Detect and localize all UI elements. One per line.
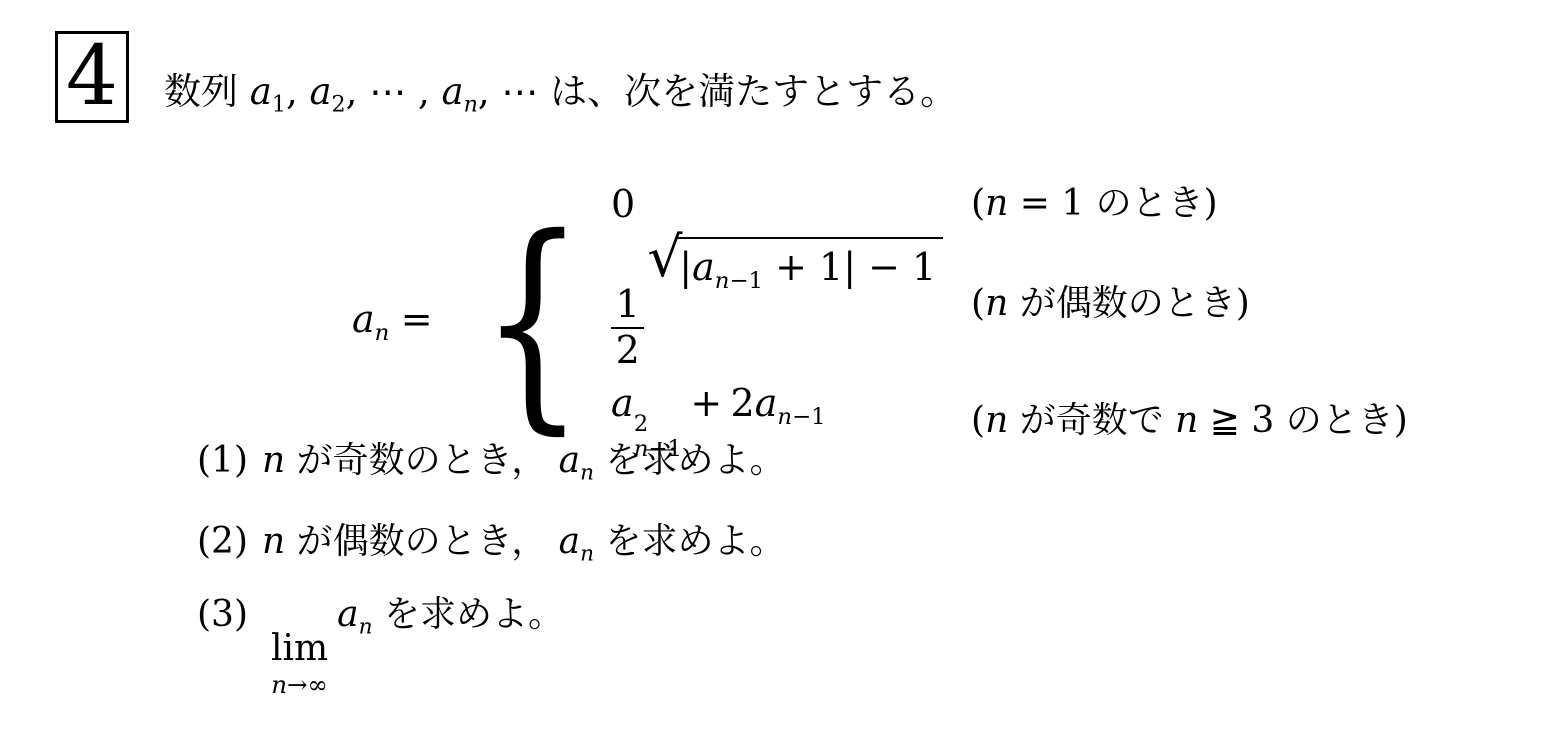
cases-grid: 0 (n = 1 のとき) 1 2 √|an−1 + 1| − 1 (n が偶数…: [611, 180, 1408, 463]
question-2-mid-text: が偶数のとき，: [285, 521, 558, 562]
radical-sign: √: [647, 230, 682, 285]
seq-cdots: ⋯: [369, 70, 418, 113]
question-1-label: (1): [197, 440, 248, 481]
term2-base: a: [755, 381, 778, 425]
cond-3-var2: n: [1175, 400, 1198, 441]
seq-term-a1-sub: 1: [272, 92, 286, 118]
case-1-expression: 0: [611, 180, 971, 229]
question-1-var: n: [262, 440, 285, 481]
seq-term-an-base: a: [442, 70, 464, 113]
cond-3-text: ≧ 3 のとき): [1198, 400, 1407, 441]
problem-number-box: 4: [55, 31, 129, 123]
cond-3-open-paren: (: [971, 400, 985, 441]
lim-word: lim: [271, 631, 328, 667]
question-1-an-base: a: [559, 440, 580, 481]
fraction-numerator: 1: [611, 283, 644, 329]
abs-close-bar: |: [843, 245, 856, 289]
statement-lead: 数列: [164, 70, 250, 113]
cond-2-var: n: [985, 283, 1008, 324]
question-1-an-sub: n: [580, 460, 594, 485]
term1-superscript: 2: [634, 412, 649, 438]
definition-lhs: an=: [352, 295, 444, 348]
cases-brace: {: [480, 210, 584, 433]
seq-term-a2-base: a: [309, 70, 331, 113]
radicand-sub-var: n: [715, 268, 730, 294]
question-3-tail-text: を求めよ。: [373, 594, 564, 635]
question-1-tail-text: を求めよ。: [594, 440, 785, 481]
square-root: √|an−1 + 1| − 1: [647, 237, 943, 296]
question-3-an-base: a: [337, 594, 358, 635]
seq-comma: ,: [346, 70, 370, 113]
question-2-label: (2): [197, 521, 248, 562]
case-2-expression: 1 2 √|an−1 + 1| − 1: [611, 237, 971, 371]
question-2: (2)n が偶数のとき， an を求めよ。: [197, 519, 785, 568]
radicand-subscript: n−1: [715, 268, 763, 294]
cond-1-text: = 1 のとき): [1008, 183, 1217, 224]
term1-base: a: [611, 381, 634, 425]
statement-tail: は、次を満たすとする。: [550, 70, 957, 113]
fraction-denominator: 2: [611, 329, 644, 372]
lim-under-arrow-infinity: →∞: [287, 670, 328, 699]
lim-under-var: n: [271, 670, 287, 699]
radicand: |an−1 + 1| − 1: [675, 237, 943, 296]
case-1-zero: 0: [611, 182, 635, 226]
seq-comma: ,: [418, 70, 442, 113]
cond-3-mid-text: が奇数で: [1008, 400, 1175, 441]
case-3-condition: (n が奇数で n ≧ 3 のとき): [971, 398, 1408, 445]
problem-statement: 数列 a1, a2, ⋯ , an, ⋯ は、次を満たすとする。: [164, 68, 957, 119]
radicand-base: a: [692, 245, 715, 289]
lhs-sub: n: [375, 319, 390, 345]
cond-1-open-paren: (: [971, 183, 985, 224]
recurrence-definition: an= { 0 (n = 1 のとき) 1 2 √|an−1 + 1| − 1: [352, 180, 1408, 463]
question-3: (3)limn→∞an を求めよ。: [197, 592, 564, 697]
question-3-an-sub: n: [359, 614, 373, 639]
seq-comma: ,: [286, 70, 310, 113]
limit-operator: limn→∞: [271, 631, 328, 697]
question-3-label: (3): [197, 594, 248, 635]
radicand-minus-one: − 1: [856, 245, 936, 289]
case-2-condition: (n が偶数のとき): [971, 281, 1408, 328]
radicand-plus-one: + 1: [763, 245, 843, 289]
question-2-var: n: [262, 521, 285, 562]
lhs-base: a: [352, 297, 375, 341]
term2-subscript: n−1: [777, 404, 825, 430]
cond-3-var1: n: [985, 400, 1008, 441]
seq-cdots: ⋯: [501, 70, 550, 113]
seq-term-a1-base: a: [250, 70, 272, 113]
seq-term-a2-sub: 2: [332, 92, 346, 118]
problem-number: 4: [66, 24, 118, 131]
question-1-mid-text: が奇数のとき，: [285, 440, 558, 481]
term2-sub-var: n: [777, 404, 792, 430]
seq-comma: ,: [478, 70, 502, 113]
cond-2-open-paren: (: [971, 283, 985, 324]
one-half-fraction: 1 2: [611, 283, 644, 372]
document-page: 4 数列 a1, a2, ⋯ , an, ⋯ は、次を満たすとする。 an= {…: [0, 0, 1567, 732]
question-2-tail-text: を求めよ。: [594, 521, 785, 562]
plus-operator: +: [690, 381, 722, 425]
equals-sign: =: [401, 297, 433, 341]
radicand-sub-rest: −1: [729, 268, 763, 294]
lim-under: n→∞: [271, 673, 328, 697]
cond-1-var: n: [985, 183, 1008, 224]
seq-term-an-sub: n: [464, 92, 478, 118]
case-1-condition: (n = 1 のとき): [971, 181, 1408, 228]
cond-2-text: が偶数のとき): [1008, 283, 1250, 324]
question-2-an-sub: n: [580, 541, 594, 566]
term2-sub-rest: −1: [792, 404, 826, 430]
question-2-an-base: a: [559, 521, 580, 562]
question-1: (1)n が奇数のとき， an を求めよ。: [197, 438, 785, 487]
term2-coefficient: 2: [731, 381, 755, 425]
